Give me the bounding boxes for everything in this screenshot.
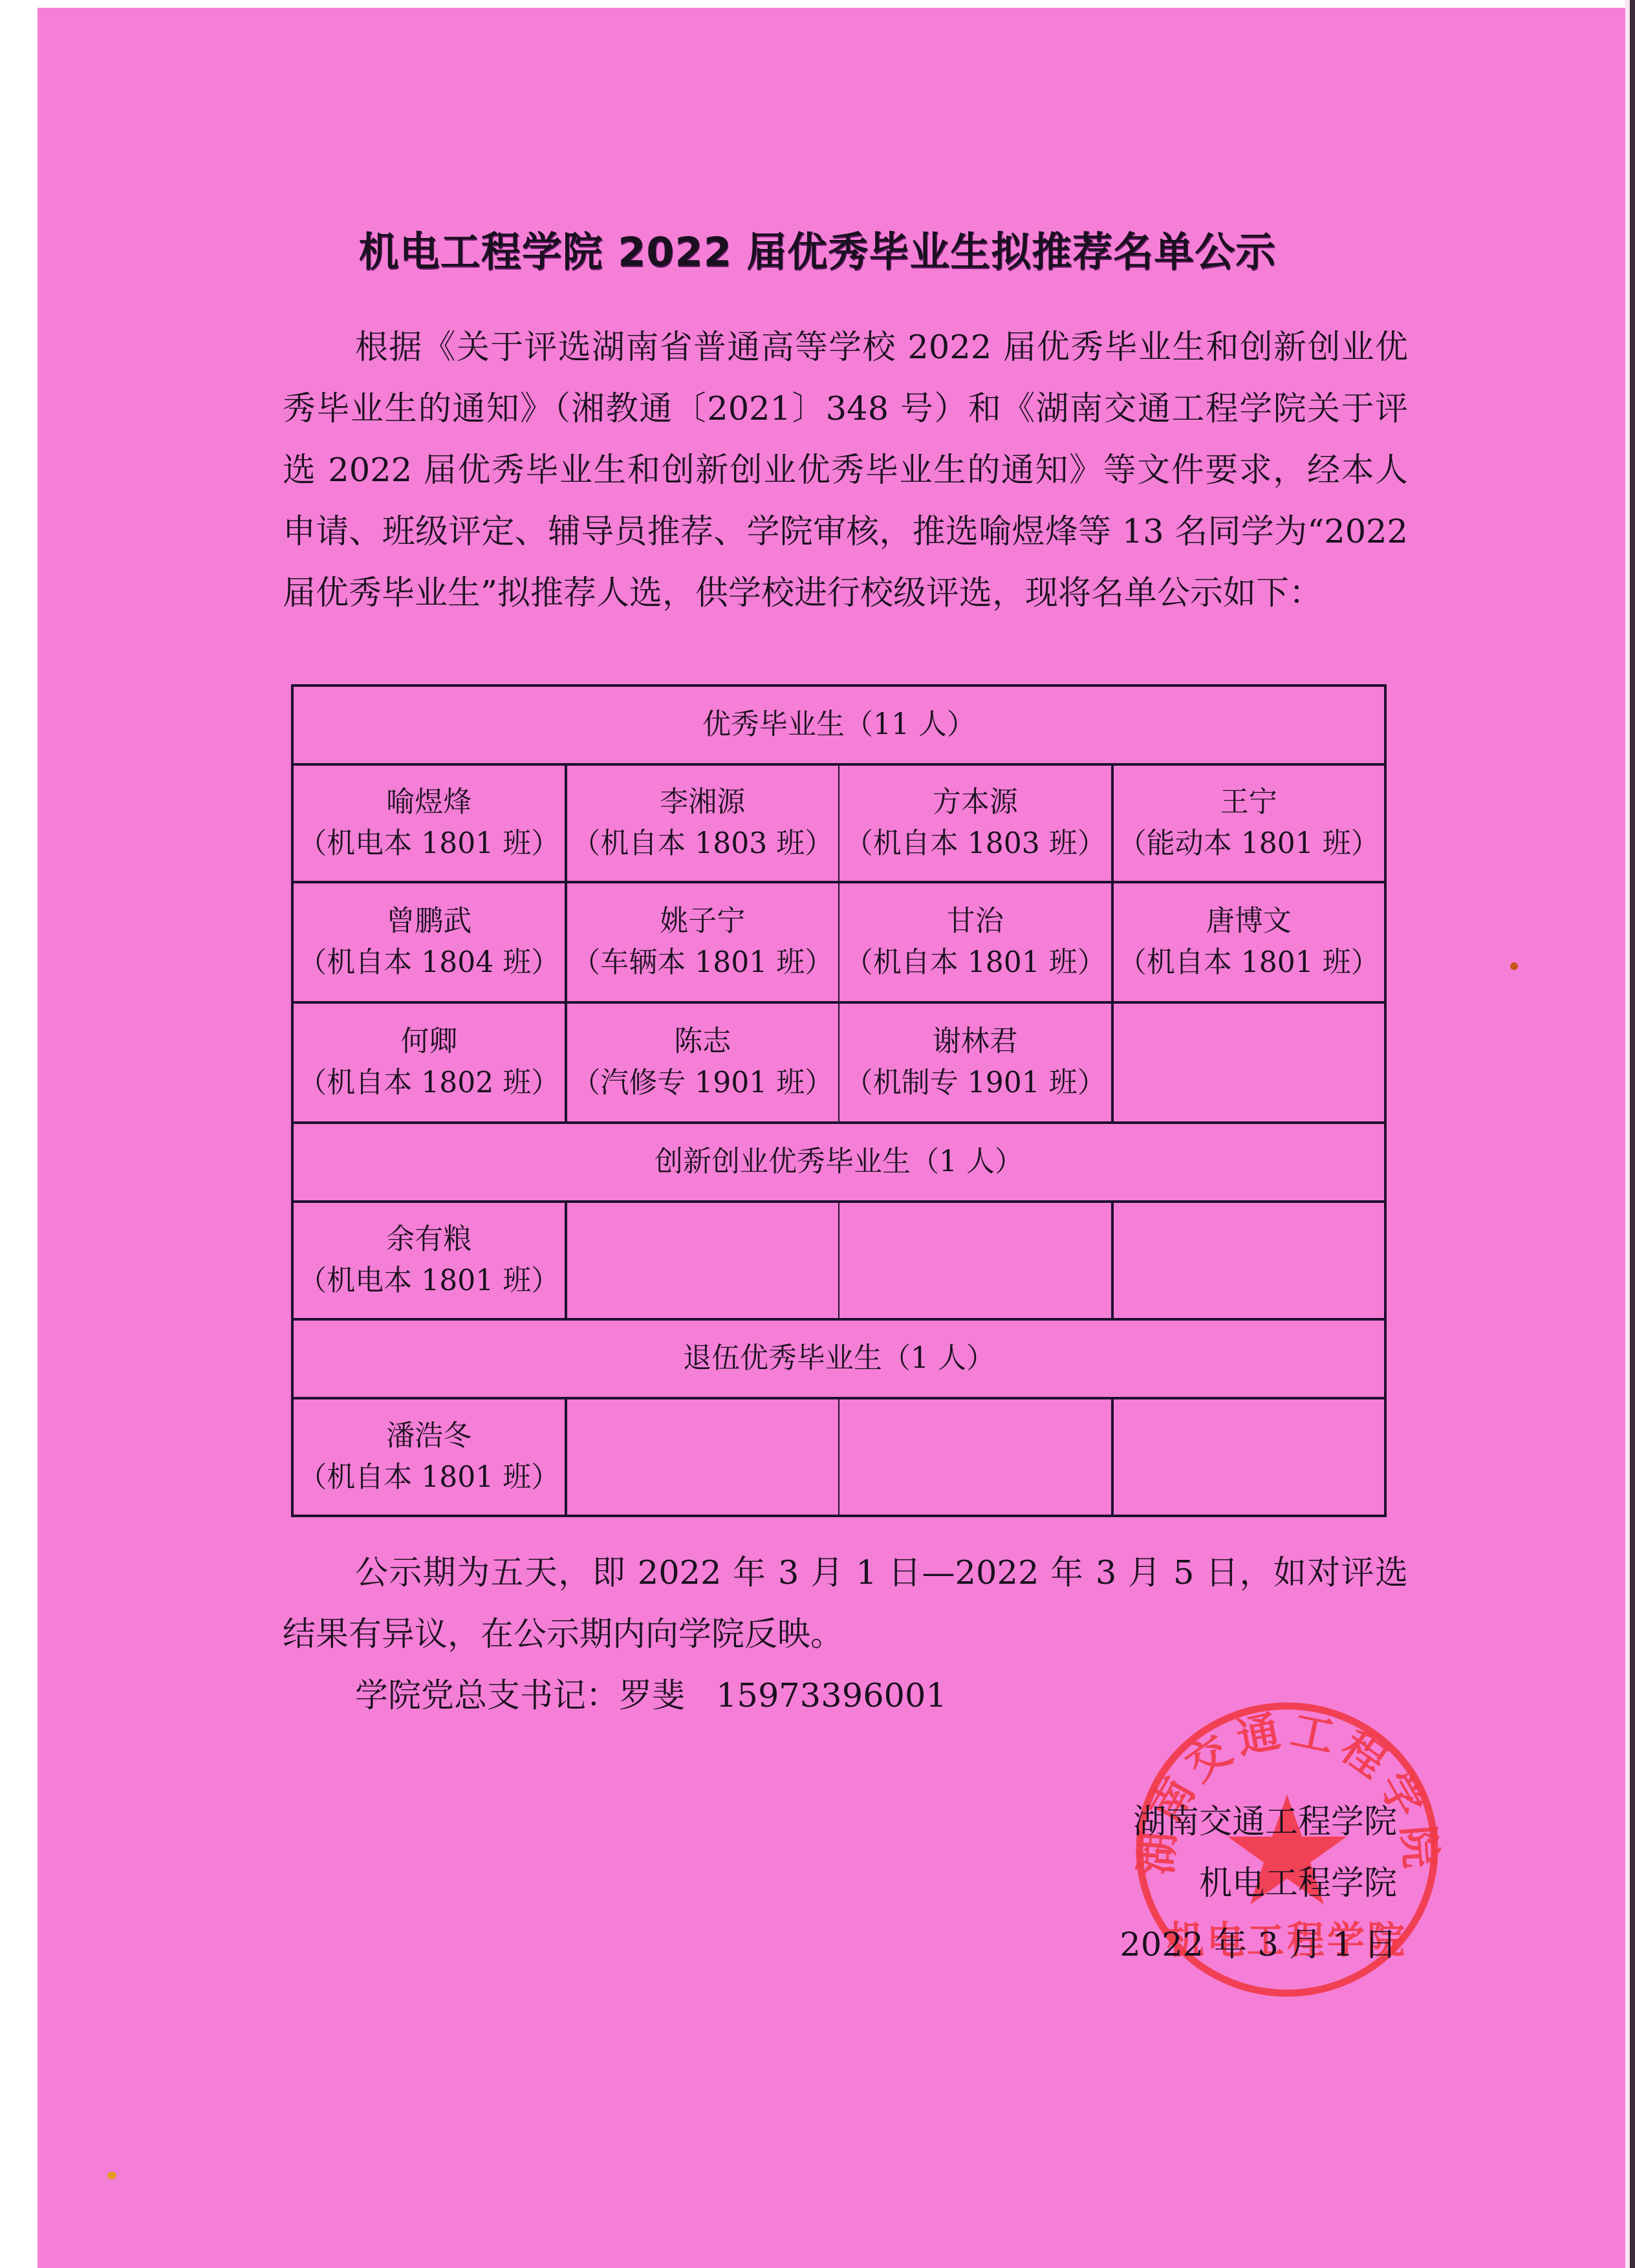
table-row: 潘浩冬（机自本 1801 班）: [292, 1398, 1385, 1516]
student-class: （机自本 1804 班）: [294, 942, 565, 984]
section-header-row: 退伍优秀毕业生（1 人）: [292, 1319, 1385, 1398]
student-class: （机制专 1901 班）: [839, 1063, 1111, 1104]
section-header-row: 创新创业优秀毕业生（1 人）: [292, 1123, 1385, 1202]
student-name: 王宁: [1114, 782, 1385, 823]
student-cell: 王宁（能动本 1801 班）: [1112, 764, 1386, 882]
student-class: （机电本 1801 班）: [294, 823, 565, 865]
student-cell: 方本源（机自本 1803 班）: [839, 764, 1112, 882]
student-class: （机自本 1801 班）: [1114, 942, 1385, 984]
table-row: 喻煜烽（机电本 1801 班） 李湘源（机自本 1803 班） 方本源（机自本 …: [292, 764, 1385, 882]
student-class: （汽修专 1901 班）: [567, 1063, 839, 1104]
student-cell: 何卿（机自本 1802 班）: [292, 1002, 566, 1123]
student-name: 陈志: [567, 1021, 839, 1063]
empty-cell: [566, 1398, 839, 1516]
student-cell: 姚子宁（车辆本 1801 班）: [566, 882, 839, 1002]
student-class: （机自本 1801 班）: [294, 1457, 565, 1498]
scan-speck: [1510, 962, 1518, 970]
student-class: （机电本 1801 班）: [294, 1260, 565, 1302]
student-name: 李湘源: [567, 782, 839, 823]
empty-cell: [839, 1398, 1112, 1516]
student-class: （机自本 1801 班）: [839, 942, 1111, 984]
publicity-period-paragraph: 公示期为五天，即 2022 年 3 月 1 日—2022 年 3 月 5 日，如…: [283, 1542, 1408, 1665]
student-class: （车辆本 1801 班）: [567, 942, 839, 984]
signature-school: 湖南交通工程学院: [1002, 1791, 1397, 1853]
table-row: 余有粮（机电本 1801 班）: [292, 1202, 1385, 1319]
student-class: （机自本 1802 班）: [294, 1063, 565, 1104]
scan-edge: [1625, 0, 1635, 2268]
student-name: 喻煜烽: [294, 782, 565, 823]
section-heading: 创新创业优秀毕业生（1 人）: [292, 1123, 1385, 1202]
empty-cell: [1112, 1398, 1386, 1516]
table-row: 曾鹏武（机自本 1804 班） 姚子宁（车辆本 1801 班） 甘治（机自本 1…: [292, 882, 1385, 1002]
contact-label: 学院党总支书记：罗斐: [355, 1677, 685, 1715]
empty-cell: [839, 1202, 1112, 1319]
scan-speck: [107, 2172, 116, 2179]
student-cell: 唐博文（机自本 1801 班）: [1112, 882, 1386, 1002]
student-cell: 谢林君（机制专 1901 班）: [839, 1002, 1112, 1123]
empty-cell: [1112, 1202, 1386, 1319]
section-heading: 退伍优秀毕业生（1 人）: [292, 1319, 1385, 1398]
student-cell: 潘浩冬（机自本 1801 班）: [292, 1398, 566, 1516]
signature-college: 机电工程学院: [1002, 1853, 1397, 1914]
student-cell: 甘治（机自本 1801 班）: [839, 882, 1112, 1002]
student-cell: 曾鹏武（机自本 1804 班）: [292, 882, 566, 1002]
student-class: （机自本 1803 班）: [839, 823, 1111, 865]
empty-cell: [1112, 1002, 1386, 1123]
student-name: 余有粮: [294, 1219, 565, 1260]
student-cell: 喻煜烽（机电本 1801 班）: [292, 764, 566, 882]
intro-paragraph: 根据《关于评选湖南省普通高等学校 2022 届优秀毕业生和创新创业优秀毕业生的通…: [283, 317, 1408, 624]
table-row: 何卿（机自本 1802 班） 陈志（汽修专 1901 班） 谢林君（机制专 19…: [292, 1002, 1385, 1123]
section-heading: 优秀毕业生（11 人）: [292, 686, 1385, 764]
student-class: （机自本 1803 班）: [567, 823, 839, 865]
student-name: 姚子宁: [567, 901, 839, 942]
student-cell: 陈志（汽修专 1901 班）: [566, 1002, 839, 1123]
recommendation-table: 优秀毕业生（11 人） 喻煜烽（机电本 1801 班） 李湘源（机自本 1803…: [291, 684, 1387, 1517]
document-title: 机电工程学院 2022 届优秀毕业生拟推荐名单公示: [0, 220, 1635, 277]
student-cell: 李湘源（机自本 1803 班）: [566, 764, 839, 882]
student-name: 甘治: [839, 901, 1111, 942]
student-name: 何卿: [294, 1021, 565, 1063]
signature-date: 2022 年 3 月 1 日: [1002, 1914, 1397, 1976]
student-cell: 余有粮（机电本 1801 班）: [292, 1202, 566, 1319]
student-class: （能动本 1801 班）: [1114, 823, 1385, 865]
contact-phone: 15973396001: [716, 1677, 947, 1715]
student-name: 潘浩冬: [294, 1416, 565, 1457]
section-header-row: 优秀毕业生（11 人）: [292, 686, 1385, 764]
student-name: 谢林君: [839, 1021, 1111, 1063]
student-name: 唐博文: [1114, 901, 1385, 942]
student-name: 曾鹏武: [294, 901, 565, 942]
empty-cell: [566, 1202, 839, 1319]
student-name: 方本源: [839, 782, 1111, 823]
